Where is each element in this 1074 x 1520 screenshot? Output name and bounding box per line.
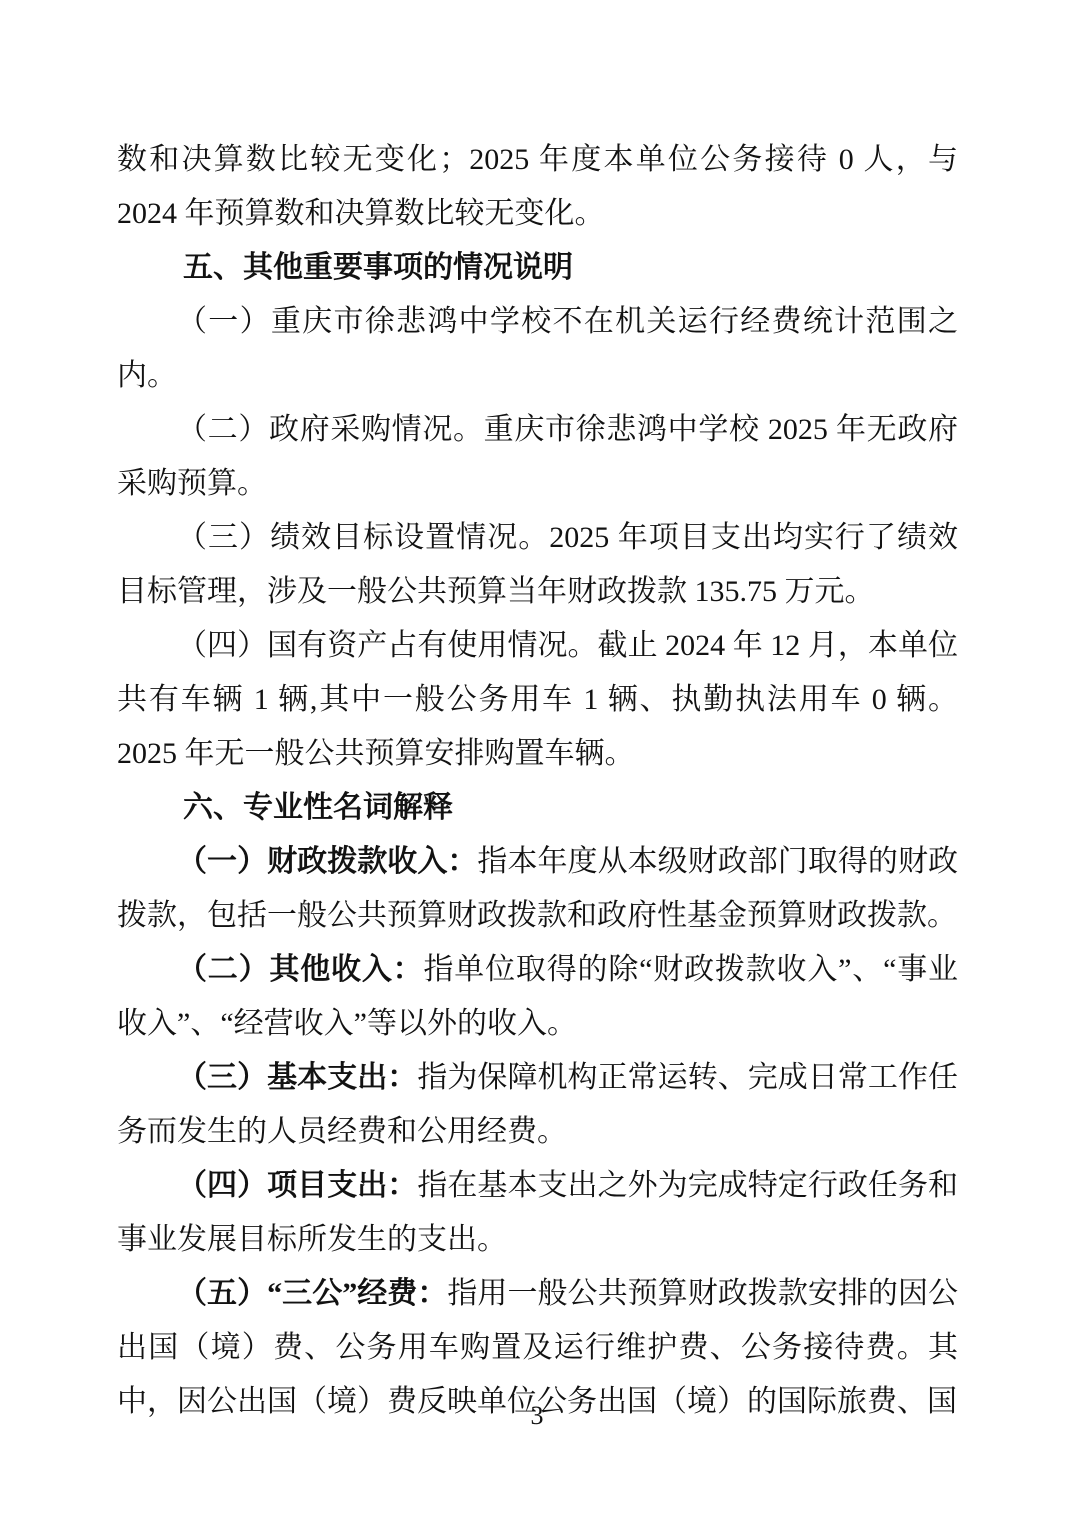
paragraph-item-3: （三）绩效目标设置情况。2025 年项目支出均实行了绩效目标管理，涉及一般公共预… [117,511,958,619]
paragraph-continuation: 数和决算数比较无变化；2025 年度本单位公务接待 0 人，与 2024 年预算… [117,133,958,241]
document-page: 数和决算数比较无变化；2025 年度本单位公务接待 0 人，与 2024 年预算… [0,0,1074,1520]
paragraph-item-2: （二）政府采购情况。重庆市徐悲鸿中学校 2025 年无政府采购预算。 [117,403,958,511]
section-heading-six: 六、专业性名词解释 [117,781,958,835]
term-paragraph-1: （一）财政拨款收入：指本年度从本级财政部门取得的财政拨款，包括一般公共预算财政拨… [117,835,958,943]
paragraph-item-1: （一）重庆市徐悲鸿中学校不在机关运行经费统计范围之内。 [117,295,958,403]
term-paragraph-3: （三）基本支出：指为保障机构正常运转、完成日常工作任务而发生的人员经费和公用经费… [117,1051,958,1159]
document-body: 数和决算数比较无变化；2025 年度本单位公务接待 0 人，与 2024 年预算… [117,133,958,1429]
term-label-3: （三）基本支出： [177,1061,417,1094]
term-label-5: （五）“三公”经费： [177,1277,447,1310]
term-label-4: （四）项目支出： [177,1169,417,1202]
term-paragraph-2: （二）其他收入：指单位取得的除“财政拨款收入”、“事业收入”、“经营收入”等以外… [117,943,958,1051]
section-heading-five: 五、其他重要事项的情况说明 [117,241,958,295]
term-paragraph-4: （四）项目支出：指在基本支出之外为完成特定行政任务和事业发展目标所发生的支出。 [117,1159,958,1267]
page-number: 3 [531,1401,544,1430]
term-label-1: （一）财政拨款收入： [177,845,477,878]
paragraph-item-4: （四）国有资产占有使用情况。截止 2024 年 12 月，本单位共有车辆 1 辆… [117,619,958,781]
page-footer: 3 [0,1400,1074,1432]
term-label-2: （二）其他收入： [177,953,423,986]
